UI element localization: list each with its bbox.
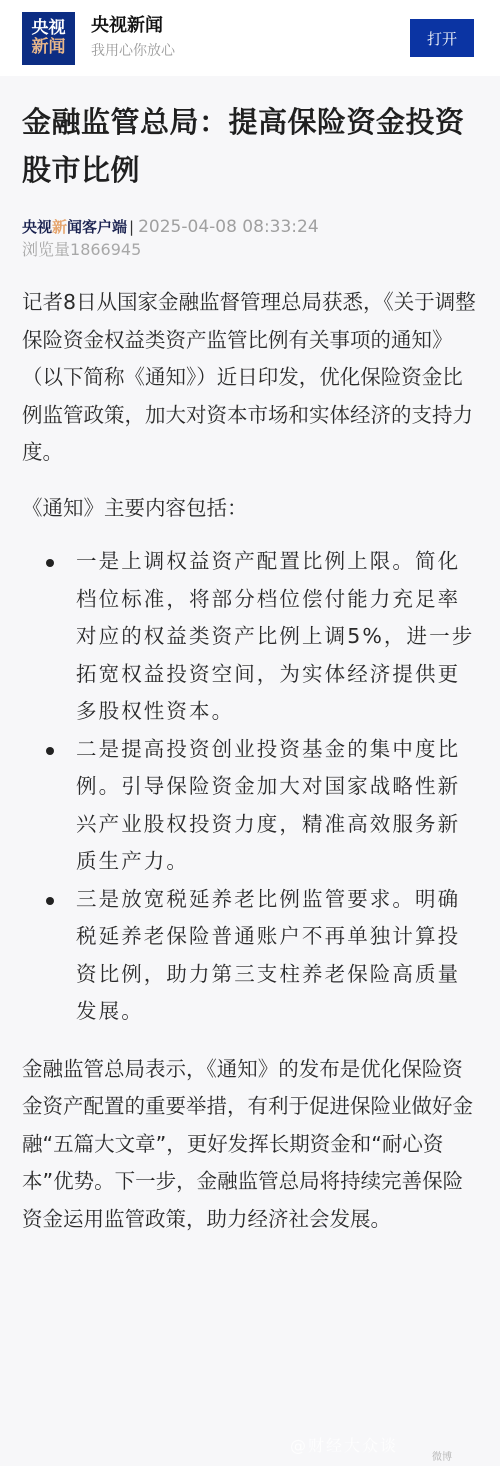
views-label: 浏览量 — [22, 240, 70, 259]
list-item: 三是放宽税延养老比例监管要求。明确税延养老保险普通账户不再单独计算投资比例，助力… — [76, 881, 478, 1031]
source-part-2: 闻客户端 — [67, 218, 127, 236]
article-body: 记者8日从国家金融监督管理总局获悉，《关于调整保险资金权益类资产监管比例有关事项… — [22, 284, 478, 1238]
weibo-watermark: 微博 — [432, 1448, 452, 1463]
logo-line-2: 新闻 — [32, 39, 66, 56]
open-app-button[interactable]: 打开 — [410, 19, 474, 57]
meta-separator: | — [129, 218, 134, 236]
article-meta: 央视新闻客户端|2025-04-08 08:33:24 浏览量1866945 — [22, 216, 478, 262]
key-points-list: 一是上调权益资产配置比例上限。简化档位标准，将部分档位偿付能力充足率对应的权益类… — [22, 543, 478, 1031]
meta-source-line: 央视新闻客户端|2025-04-08 08:33:24 — [22, 216, 478, 238]
view-count: 浏览量1866945 — [22, 238, 478, 262]
views-number: 1866945 — [70, 240, 141, 259]
list-item: 一是上调权益资产配置比例上限。简化档位标准，将部分档位偿付能力充足率对应的权益类… — [76, 543, 478, 731]
app-banner: 央视 新闻 央视新闻 我用心你放心 打开 — [0, 0, 500, 76]
logo-line-1: 央视 — [32, 20, 66, 37]
bullet-icon — [46, 897, 54, 905]
paragraph-list-lead: 《通知》主要内容包括： — [22, 490, 478, 528]
list-item: 二是提高投资创业投资基金的集中度比例。引导保险资金加大对国家战略性新兴产业股权投… — [76, 731, 478, 881]
paragraph-intro: 记者8日从国家金融监督管理总局获悉，《关于调整保险资金权益类资产监管比例有关事项… — [22, 284, 478, 472]
source-accent: 新 — [52, 218, 67, 236]
list-item-text: 二是提高投资创业投资基金的集中度比例。引导保险资金加大对国家战略性新兴产业股权投… — [76, 737, 460, 874]
list-item-text: 一是上调权益资产配置比例上限。简化档位标准，将部分档位偿付能力充足率对应的权益类… — [76, 549, 474, 723]
bullet-icon — [46, 747, 54, 755]
app-name: 央视新闻 — [91, 14, 175, 38]
cctv-news-logo: 央视 新闻 — [22, 12, 75, 65]
brand-block: 央视新闻 我用心你放心 — [91, 14, 175, 62]
source-part-1: 央视 — [22, 218, 52, 236]
watermark-text: @财经大众谈 — [290, 1433, 398, 1456]
paragraph-closing: 金融监管总局表示，《通知》的发布是优化保险资金资产配置的重要举措，有利于促进保险… — [22, 1051, 478, 1239]
source-link[interactable]: 央视新闻客户端 — [22, 218, 127, 236]
article: 金融监管总局：提高保险资金投资股市比例 央视新闻客户端|2025-04-08 0… — [0, 98, 500, 1238]
article-title: 金融监管总局：提高保险资金投资股市比例 — [22, 98, 478, 194]
app-slogan: 我用心你放心 — [91, 40, 175, 62]
list-item-text: 三是放宽税延养老比例监管要求。明确税延养老保险普通账户不再单独计算投资比例，助力… — [76, 887, 460, 1024]
bullet-icon — [46, 559, 54, 567]
publish-datetime: 2025-04-08 08:33:24 — [138, 217, 319, 237]
